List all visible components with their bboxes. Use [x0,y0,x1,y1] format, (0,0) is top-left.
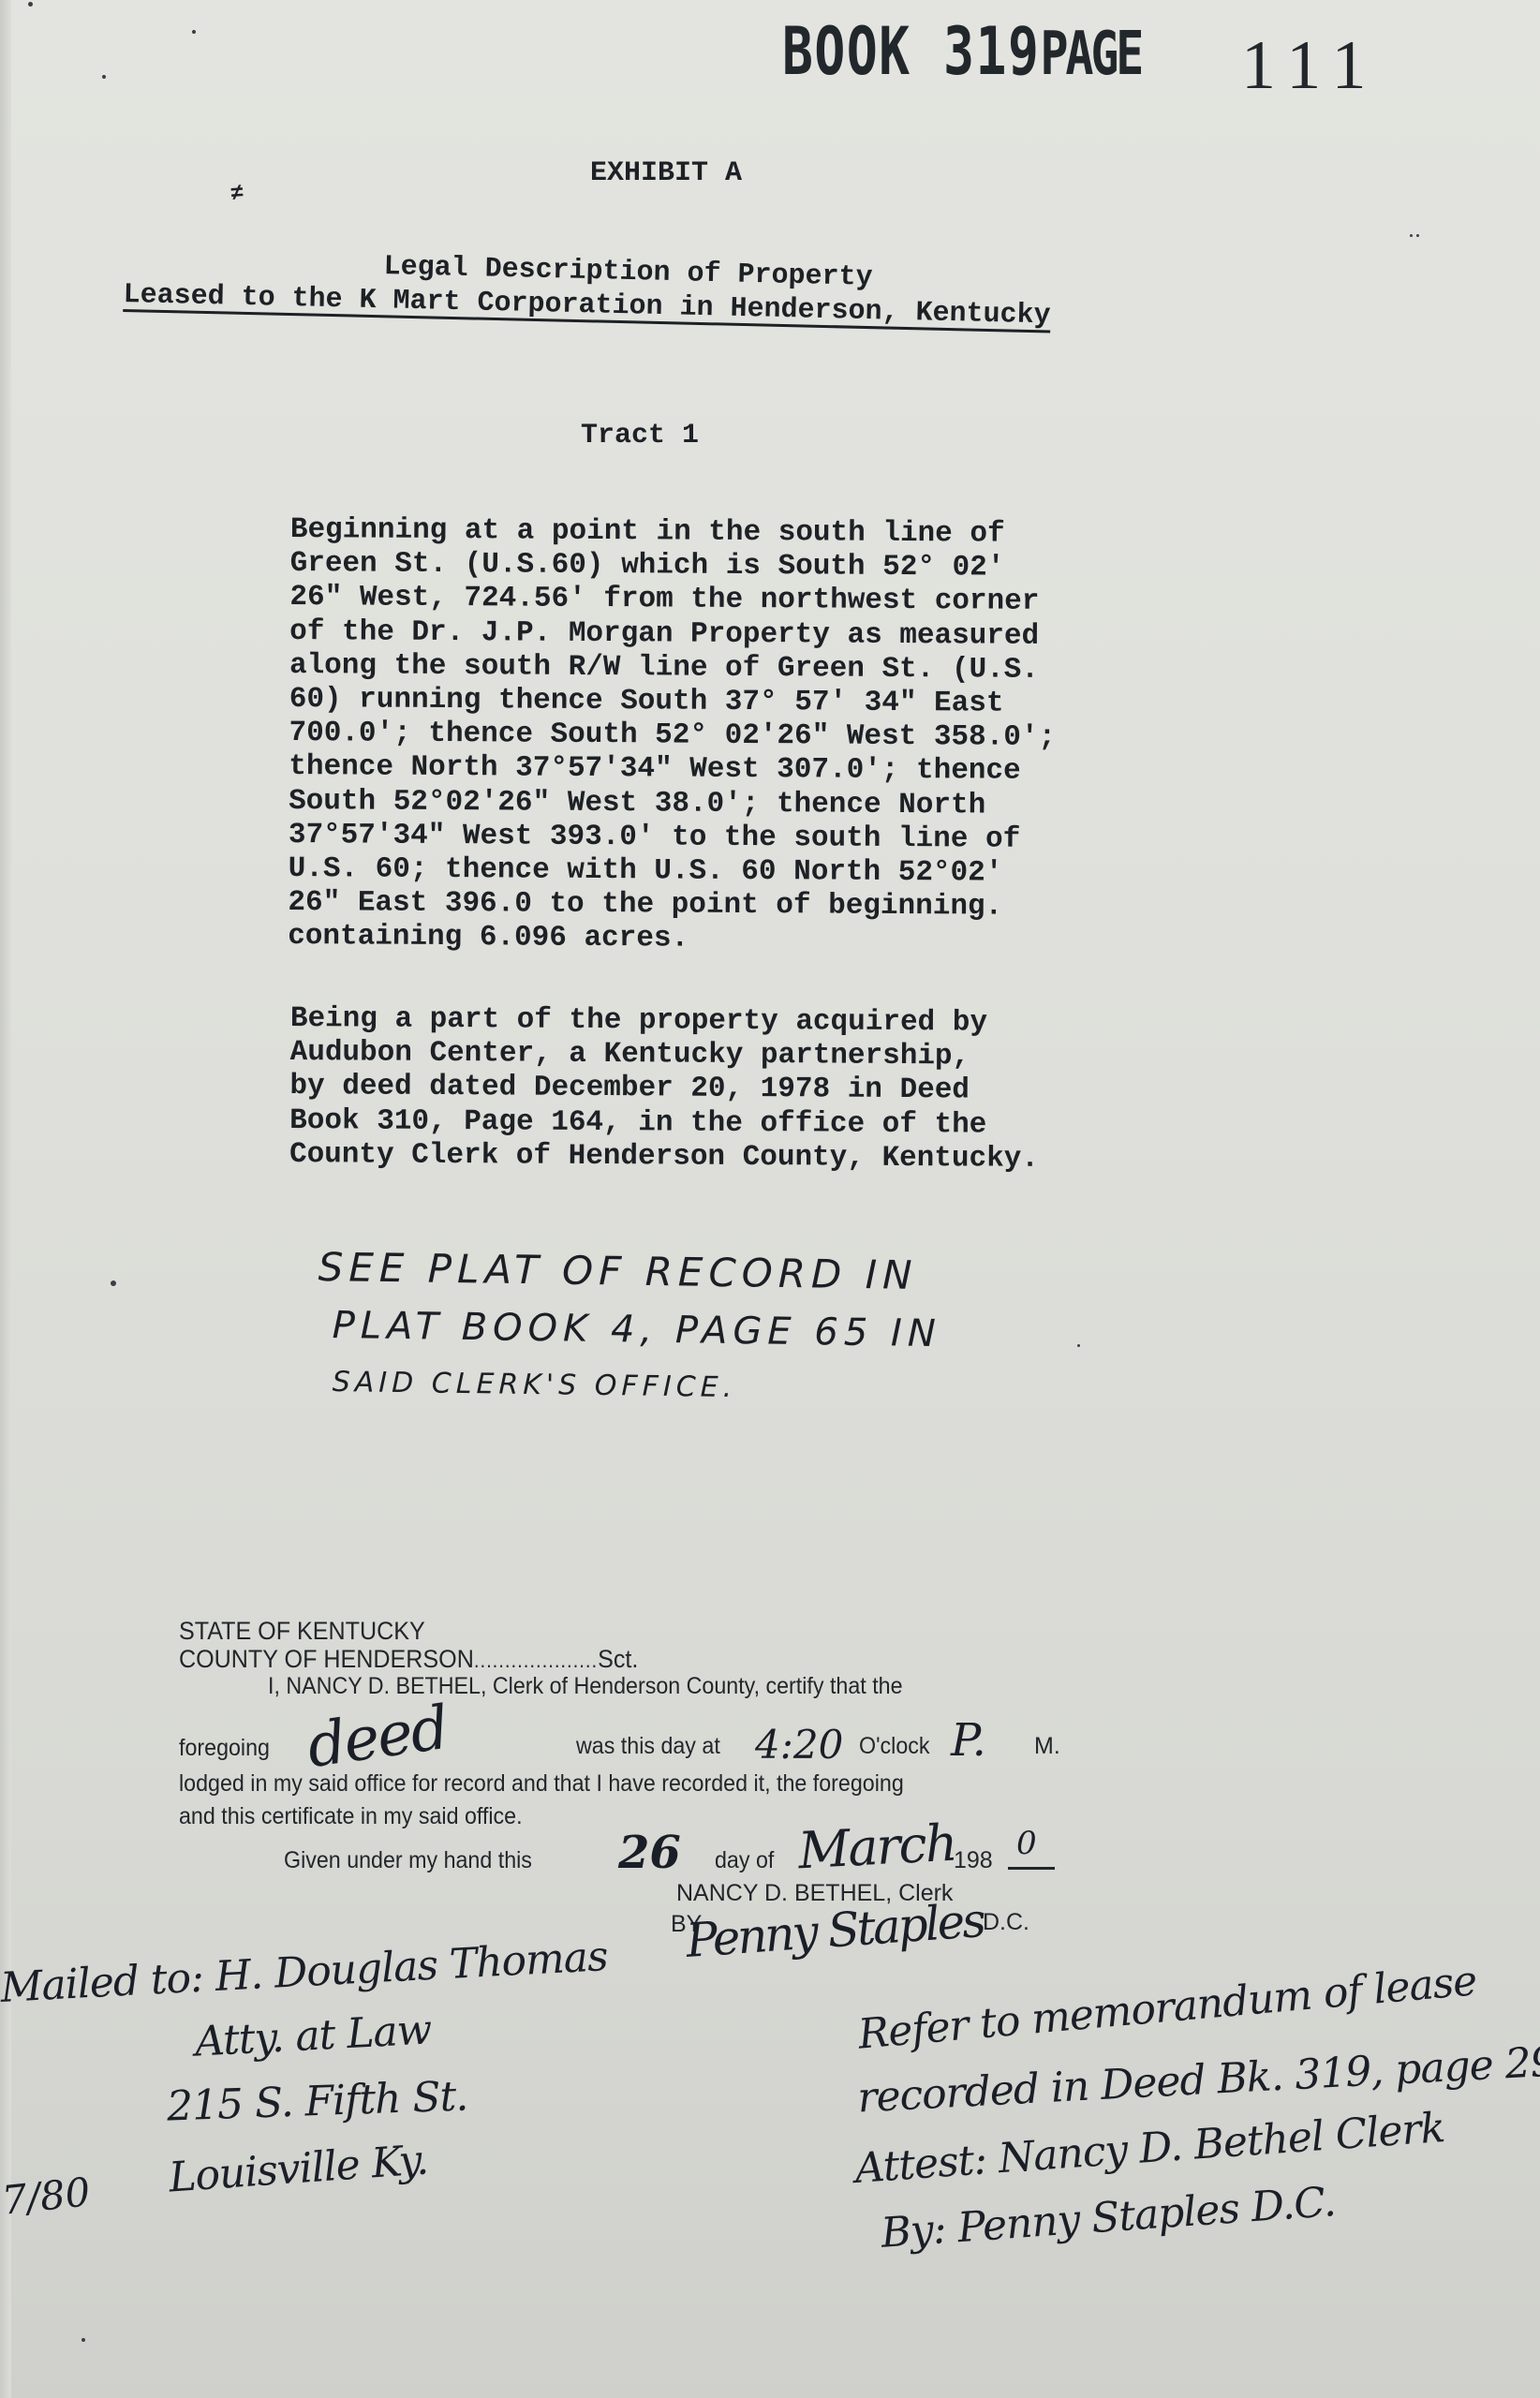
paper-speck [1077,1344,1080,1347]
reference-note-line4: By: Penny Staples D.C. [880,2178,1337,2257]
paper-speck [1410,234,1413,237]
paper-speck [102,75,106,79]
sct-label: Sct. [598,1645,638,1673]
day-of-label: day of [715,1847,774,1874]
book-stamp: BOOK 319PAGE [782,13,1141,90]
foregoing-handwritten-value: deed [304,1694,452,1782]
reference-note-line1: Refer to memorandum of lease [856,1957,1478,2059]
exhibit-title: EXHIBIT A [590,157,742,189]
m-label: M. [1034,1733,1060,1760]
county-dots: .................... [474,1649,598,1672]
time-handwritten-value: 4:20 [755,1722,843,1768]
year-handwritten-digit: 0 [1016,1825,1037,1862]
page-label: PAGE [1040,20,1141,89]
was-this-day-label: was this day at [576,1733,720,1760]
mailed-note-line1: Mailed to: H. Douglas Thomas [0,1932,609,2012]
margin-mark: ≠ [230,182,244,208]
plat-note-line2: Plat Book 4, Page 65 in [332,1304,941,1355]
day-handwritten-value: 26 [618,1827,681,1879]
mailed-note-line3: 215 S. Fifth St. [166,2072,468,2130]
paper-speck [111,1280,116,1286]
page-binding-edge [0,0,11,2398]
paper-speck [1416,234,1419,237]
ampm-handwritten-value: P. [951,1714,986,1767]
mailed-note-line2: Atty. at Law [194,2006,433,2065]
acquisition-paragraph: Being a part of the property acquired by… [289,1002,1040,1177]
county-name: COUNTY OF HENDERSON [179,1645,474,1673]
mailed-date-fragment: 7/80 [0,2169,93,2224]
page-number-stamp: 111 [1241,26,1380,106]
paper-speck [192,30,196,34]
month-handwritten-value: March [796,1813,956,1881]
foregoing-label: foregoing [179,1735,270,1762]
book-number: 319 [943,13,1040,90]
given-under-hand-label: Given under my hand this [284,1847,532,1874]
plat-note-line1: See Plat of Record in [318,1244,917,1298]
year-prefix: 198 [954,1847,993,1874]
certificate-county: COUNTY OF HENDERSON....................S… [179,1645,638,1674]
dc-label: D.C. [983,1909,1029,1936]
mailed-note-line4: Louisville Ky. [168,2136,430,2201]
certificate-statement: and this certificate in my said office. [179,1803,523,1830]
certificate-state: STATE OF KENTUCKY [179,1617,425,1646]
legal-description-paragraph: Beginning at a point in the south line o… [288,513,1057,959]
book-label: BOOK [782,13,911,90]
certificate-clerk-statement: I, NANCY D. BETHEL, Clerk of Henderson C… [268,1673,903,1700]
oclock-label: O'clock [859,1733,930,1760]
plat-note-line3: said clerk's office. [333,1366,737,1404]
lodged-statement: lodged in my said office for record and … [179,1770,904,1798]
paper-speck [81,2338,85,2342]
paper-speck [28,2,33,7]
year-underline [1008,1867,1055,1870]
tract-heading: Tract 1 [581,420,699,451]
